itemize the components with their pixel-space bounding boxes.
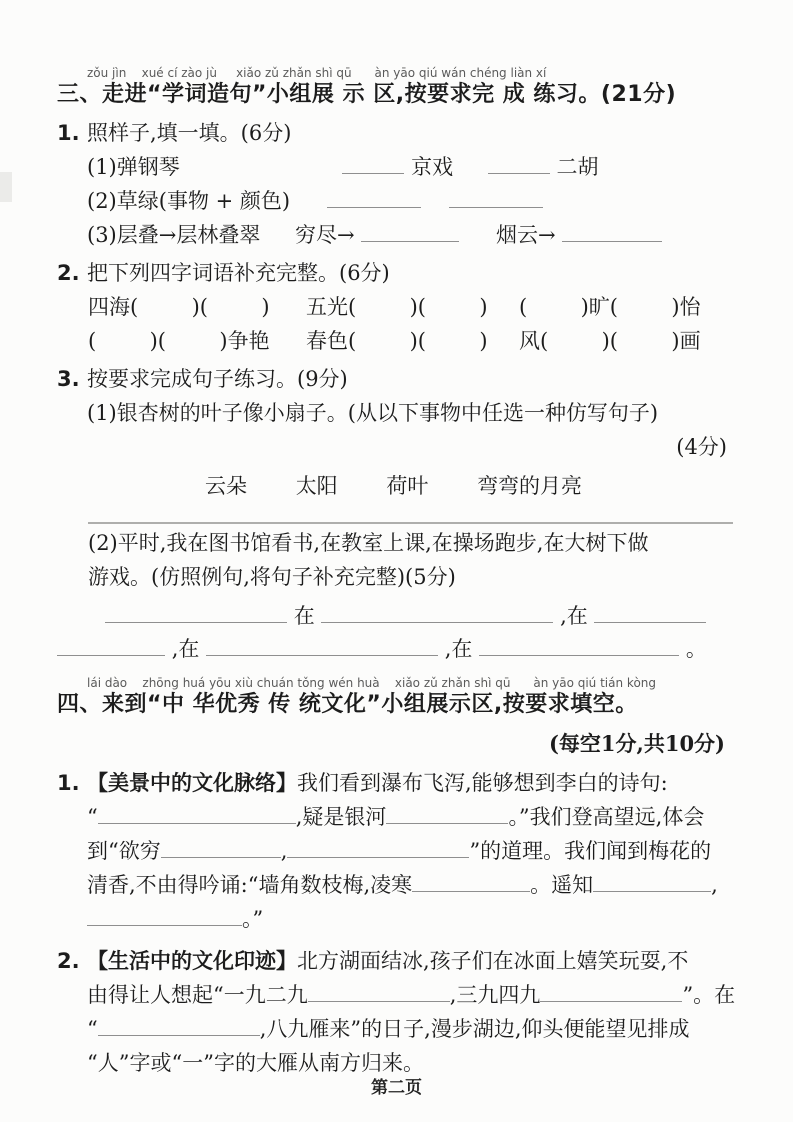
q3-item2-seg: (2)平时,我 bbox=[88, 531, 187, 555]
q1-item3-blank2 bbox=[562, 220, 662, 242]
q1-number: 1. bbox=[57, 116, 87, 150]
s4-q1-body: 【美景中的文化脉络】我们看到瀑布飞泻,能够想到李白的诗句: “,疑是银河。”我们… bbox=[87, 766, 755, 936]
fill-blank bbox=[105, 601, 287, 623]
section3-pinyin: zǒu jìn xué cí zào jù xiǎo zǔ zhǎn shì q… bbox=[57, 66, 755, 80]
q2-idiom-6: 风( )( )画 bbox=[519, 324, 701, 358]
s4-q2-body: 【生活中的文化印迹】北方湖面结冰,孩子们在冰面上嬉笑玩耍,不 由得让人想起“一九… bbox=[87, 944, 755, 1080]
s4-q1-line3: 到“欲穷,”的道理。我们闻到梅花的 bbox=[87, 834, 755, 868]
q3-title: 按要求完成句子练习。(9分) bbox=[87, 362, 755, 396]
q1-item2-blank2 bbox=[449, 186, 543, 208]
fill-text: 在 bbox=[294, 604, 315, 628]
worksheet-page: zǒu jìn xué cí zào jù xiǎo zǔ zhǎn shì q… bbox=[0, 0, 793, 1122]
emphasized-zai: 在 bbox=[543, 531, 564, 555]
section4-score-note: (每空1分,共10分) bbox=[57, 726, 755, 762]
fill-blank bbox=[98, 802, 296, 824]
s4-q1-text: , bbox=[281, 839, 288, 863]
q1-item1-word1: 京戏 bbox=[411, 155, 453, 179]
s4-q2-block: 2. 【生活中的文化印迹】北方湖面结冰,孩子们在冰面上嬉笑玩耍,不 由得让人想起… bbox=[57, 944, 755, 1080]
fill-text: ,在 bbox=[445, 637, 473, 661]
q2-idiom-2: 五光( )( ) bbox=[306, 290, 519, 324]
q3-item1-answer-line bbox=[88, 520, 733, 524]
fill-blank bbox=[206, 634, 438, 656]
s4-q2-text: 由得让人想起“一九二九 bbox=[87, 983, 308, 1007]
q3-body: 按要求完成句子练习。(9分) (1)银杏树的叶子像小扇子。(从以下事物中任选一种… bbox=[87, 362, 755, 430]
s4-q2-text: ,八九雁来”的日子,漫步湖边,仰头便能望见排成 bbox=[260, 1017, 690, 1041]
q1-item3: (3)层叠→层林叠翠 穷尽→ 烟云→ bbox=[87, 218, 755, 252]
s4-q1-text: 到“欲穷 bbox=[87, 839, 161, 863]
q3-word-bank: 云朵 太阳 荷叶 弯弯的月亮 bbox=[57, 468, 755, 504]
q2-block: 2. 把下列四字词语补充完整。(6分) bbox=[57, 256, 755, 290]
q3-block: 3. 按要求完成句子练习。(9分) (1)银杏树的叶子像小扇子。(从以下事物中任… bbox=[57, 362, 755, 430]
s4-q1-text: 。遥知 bbox=[530, 873, 593, 897]
q1-item2-label: (2)草绿(事物 + 颜色) bbox=[87, 189, 290, 213]
page-number: 第二页 bbox=[0, 1073, 793, 1098]
q2-idiom-row1: 四海( )( ) 五光( )( ) ( )旷( )怡 bbox=[57, 290, 755, 324]
word-bank-item: 弯弯的月亮 bbox=[477, 474, 582, 498]
q1-item2: (2)草绿(事物 + 颜色) bbox=[87, 184, 755, 218]
s4-q1-text: 。”我们登高望远,体会 bbox=[508, 805, 704, 829]
q2-idiom-row2: ( )( )争艳 春色( )( ) 风( )( )画 bbox=[57, 324, 755, 358]
q2-idiom-1: 四海( )( ) bbox=[88, 290, 306, 324]
q3-fill-line2: ,在 ,在 。 bbox=[57, 633, 755, 666]
q3-item2-seg: 图书馆看书, bbox=[208, 531, 320, 555]
s4-q1-text: 。” bbox=[242, 907, 263, 931]
fill-text: ,在 bbox=[560, 604, 588, 628]
q1-body: 照样子,填一填。(6分) (1)弹钢琴 京戏 二胡 (2)草绿(事物 + 颜色)… bbox=[87, 116, 755, 252]
q1-item1: (1)弹钢琴 京戏 二胡 bbox=[87, 150, 755, 184]
q3-item2-seg: 操场跑步, bbox=[453, 531, 544, 555]
fill-blank bbox=[321, 601, 553, 623]
q1-item1-blank1 bbox=[342, 152, 404, 174]
s4-q1-text: “ bbox=[87, 805, 98, 829]
fill-blank bbox=[594, 601, 706, 623]
q2-body: 把下列四字词语补充完整。(6分) bbox=[87, 256, 755, 290]
section4-heading: 四、来到“中 华优秀 传 统文化”小组展示区,按要求填空。 bbox=[57, 690, 755, 720]
s4-q1-block: 1. 【美景中的文化脉络】我们看到瀑布飞泻,能够想到李白的诗句: “,疑是银河。… bbox=[57, 766, 755, 936]
q3-fill-line1: 在 ,在 bbox=[57, 600, 755, 633]
s4-q1-intro: 我们看到瀑布飞泻,能够想到李白的诗句: bbox=[297, 771, 668, 795]
q2-idiom-4: ( )( )争艳 bbox=[88, 324, 306, 358]
q3-item2: (2)平时,我在图书馆看书,在教室上课,在操场跑步,在大树下做 游戏。(仿照例句… bbox=[57, 526, 755, 594]
fill-text: ,在 bbox=[172, 637, 200, 661]
q3-item2-line2: 游戏。(仿照例句,将句子补充完整)(5分) bbox=[88, 560, 755, 594]
q1-item2-blank1 bbox=[327, 186, 421, 208]
section3-heading: 三、走进“学词造句”小组展 示 区,按要求完 成 练习。(21分) bbox=[57, 80, 755, 110]
s4-q1-line2: “,疑是银河。”我们登高望远,体会 bbox=[87, 800, 755, 834]
emphasized-zai: 在 bbox=[187, 531, 208, 555]
s4-q1-text: ”的道理。我们闻到梅花的 bbox=[469, 839, 711, 863]
s4-q2-text: ,三九四九 bbox=[450, 983, 541, 1007]
s4-q2-line2: 由得让人想起“一九二九,三九四九”。在 bbox=[87, 978, 755, 1012]
fill-blank bbox=[287, 836, 469, 858]
s4-q1-line5: 。” bbox=[87, 902, 755, 936]
s4-q2-intro-line: 【生活中的文化印迹】北方湖面结冰,孩子们在冰面上嬉笑玩耍,不 bbox=[87, 944, 755, 978]
s4-q1-tag: 【美景中的文化脉络】 bbox=[87, 771, 297, 795]
q3-item1-score: (4分) bbox=[57, 430, 755, 464]
fill-blank bbox=[57, 634, 165, 656]
s4-q1-text: ,疑是银河 bbox=[296, 805, 387, 829]
word-bank-item: 荷叶 bbox=[386, 474, 428, 498]
s4-q1-intro-line: 【美景中的文化脉络】我们看到瀑布飞泻,能够想到李白的诗句: bbox=[87, 766, 755, 800]
scan-artifact bbox=[0, 172, 12, 202]
q2-idiom-3: ( )旷( )怡 bbox=[519, 290, 701, 324]
q1-item1-word2: 二胡 bbox=[557, 155, 599, 179]
q2-number: 2. bbox=[57, 256, 87, 290]
s4-q2-intro: 北方湖面结冰,孩子们在冰面上嬉笑玩耍,不 bbox=[297, 949, 688, 973]
q1-item3-label: (3)层叠→层林叠翠 bbox=[87, 223, 260, 247]
s4-q2-tag: 【生活中的文化印迹】 bbox=[87, 949, 297, 973]
q1-title: 照样子,填一填。(6分) bbox=[87, 116, 755, 150]
fill-blank bbox=[593, 870, 711, 892]
fill-blank bbox=[161, 836, 281, 858]
fill-blank bbox=[386, 802, 508, 824]
fill-blank bbox=[479, 634, 679, 656]
q1-item3-blank1 bbox=[361, 220, 459, 242]
s4-q1-line4: 清香,不由得吟诵:“墙角数枝梅,凌寒。遥知, bbox=[87, 868, 755, 902]
page-content: zǒu jìn xué cí zào jù xiǎo zǔ zhǎn shì q… bbox=[0, 0, 793, 1080]
q3-number: 3. bbox=[57, 362, 87, 396]
fill-blank bbox=[98, 1014, 260, 1036]
word-bank-item: 太阳 bbox=[296, 474, 338, 498]
word-bank-item: 云朵 bbox=[205, 474, 247, 498]
s4-q2-text: “ bbox=[87, 1017, 98, 1041]
fill-blank bbox=[308, 980, 450, 1002]
q2-title: 把下列四字词语补充完整。(6分) bbox=[87, 256, 755, 290]
s4-q1-text: , bbox=[711, 873, 718, 897]
s4-q2-line3: “,八九雁来”的日子,漫步湖边,仰头便能望见排成 bbox=[87, 1012, 755, 1046]
q3-item2-line1: (2)平时,我在图书馆看书,在教室上课,在操场跑步,在大树下做 bbox=[88, 526, 755, 560]
q1-item3-prompt2: 烟云→ bbox=[496, 223, 556, 247]
s4-q2-text: ”。在 bbox=[682, 983, 735, 1007]
q1-item1-label: (1)弹钢琴 bbox=[87, 155, 180, 179]
fill-blank bbox=[87, 904, 242, 926]
q1-block: 1. 照样子,填一填。(6分) (1)弹钢琴 京戏 二胡 (2)草绿(事物 + … bbox=[57, 116, 755, 252]
q3-item2-seg: 大树下做 bbox=[564, 531, 648, 555]
fill-text: 。 bbox=[686, 637, 707, 661]
fill-blank bbox=[540, 980, 682, 1002]
q1-item1-blank2 bbox=[488, 152, 550, 174]
emphasized-zai: 在 bbox=[320, 531, 341, 555]
q3-item2-seg: 教室上课, bbox=[341, 531, 432, 555]
s4-q2-number: 2. bbox=[57, 944, 87, 978]
q3-item1: (1)银杏树的叶子像小扇子。(从以下事物中任选一种仿写句子) bbox=[87, 396, 755, 430]
emphasized-zai: 在 bbox=[432, 531, 453, 555]
s4-q1-text: 清香,不由得吟诵:“墙角数枝梅,凌寒 bbox=[87, 873, 412, 897]
fill-blank bbox=[412, 870, 530, 892]
q2-idiom-5: 春色( )( ) bbox=[306, 324, 519, 358]
s4-q1-number: 1. bbox=[57, 766, 87, 800]
section4-pinyin: lái dào zhōng huá yōu xiù chuán tǒng wén… bbox=[57, 676, 755, 690]
q1-item3-prompt1: 穷尽→ bbox=[295, 223, 355, 247]
